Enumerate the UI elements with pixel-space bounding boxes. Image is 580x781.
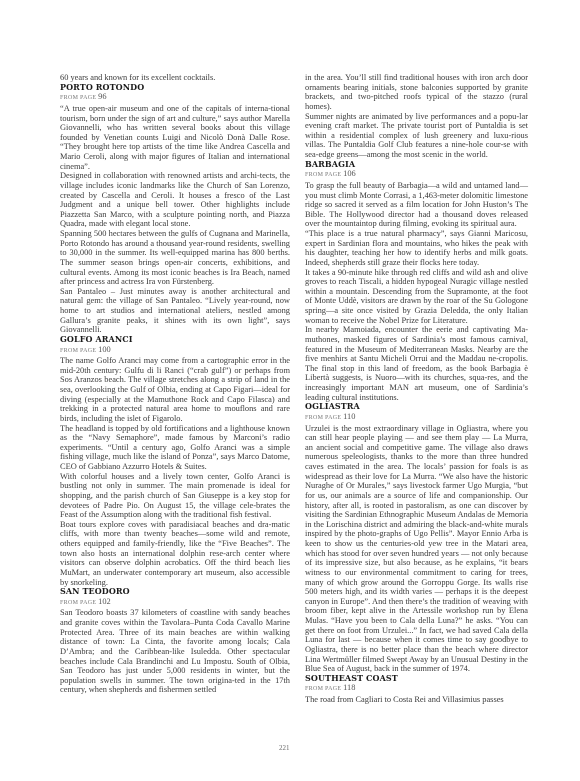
left-column: 60 years and known for its excellent coc…: [60, 73, 290, 695]
paragraph: “This place is a true natural pharmacy”,…: [305, 229, 528, 268]
from-page-label: FROM PAGE: [60, 348, 96, 354]
paragraph: With colorful houses and a lively town c…: [60, 472, 290, 520]
paragraph: San Teodoro boasts 37 kilometers of coas…: [60, 608, 290, 695]
from-page-number: 118: [343, 683, 355, 692]
from-page-label: FROM PAGE: [305, 415, 341, 421]
from-page-ref: FROM PAGE 96: [60, 92, 290, 104]
section-heading-porto-rotondo: PORTO ROTONDO: [60, 83, 290, 93]
section-heading-golfo-aranci: GOLFO ARANCI: [60, 335, 290, 345]
from-page-label: FROM PAGE: [305, 686, 341, 692]
paragraph: “A true open-air museum and one of the c…: [60, 104, 290, 171]
from-page-ref: FROM PAGE 100: [60, 345, 290, 357]
paragraph: Designed in collaboration with renowned …: [60, 171, 290, 229]
from-page-number: 106: [343, 169, 356, 178]
from-page-label: FROM PAGE: [60, 600, 96, 606]
from-page-number: 110: [343, 412, 355, 421]
from-page-ref: FROM PAGE 106: [305, 169, 528, 181]
section-heading-southeast-coast: SOUTHEAST COAST: [305, 674, 528, 684]
magazine-page: 60 years and known for its excellent coc…: [0, 0, 580, 781]
from-page-ref: FROM PAGE 110: [305, 412, 528, 424]
paragraph: It takes a 90-minute hike through red cl…: [305, 268, 528, 326]
section-heading-barbagia: BARBAGIA: [305, 160, 528, 170]
paragraph: Summer nights are animated by live perfo…: [305, 112, 528, 160]
paragraph: The name Golfo Aranci may come from a ca…: [60, 356, 290, 423]
paragraph: The road from Cagliari to Costa Rei and …: [305, 695, 528, 705]
from-page-ref: FROM PAGE 118: [305, 683, 528, 695]
from-page-label: FROM PAGE: [305, 172, 341, 178]
right-column: in the area. You’ll still find tradition…: [305, 73, 528, 705]
page-number: 221: [279, 744, 290, 752]
section-heading-san-teodoro: SAN TEODORO: [60, 587, 290, 597]
section-heading-ogliastra: OGLIASTRA: [305, 402, 528, 412]
paragraph: In nearby Mamoiada, encounter the eerie …: [305, 325, 528, 402]
paragraph: in the area. You’ll still find tradition…: [305, 73, 528, 112]
from-page-number: 102: [98, 597, 111, 606]
from-page-label: FROM PAGE: [60, 95, 96, 101]
paragraph: To grasp the full beauty of Barbagia—a w…: [305, 181, 528, 229]
from-page-ref: FROM PAGE 102: [60, 597, 290, 609]
paragraph: San Pantaleo – Just minutes away is anot…: [60, 287, 290, 335]
paragraph: Spanning 500 hectares between the gulfs …: [60, 229, 290, 287]
paragraph: Urzulei is the most extraordinary villag…: [305, 424, 528, 674]
from-page-number: 96: [98, 92, 106, 101]
paragraph: The headland is topped by old fortificat…: [60, 424, 290, 472]
from-page-number: 100: [98, 345, 111, 354]
paragraph: Boat tours explore coves with paradisiac…: [60, 520, 290, 587]
